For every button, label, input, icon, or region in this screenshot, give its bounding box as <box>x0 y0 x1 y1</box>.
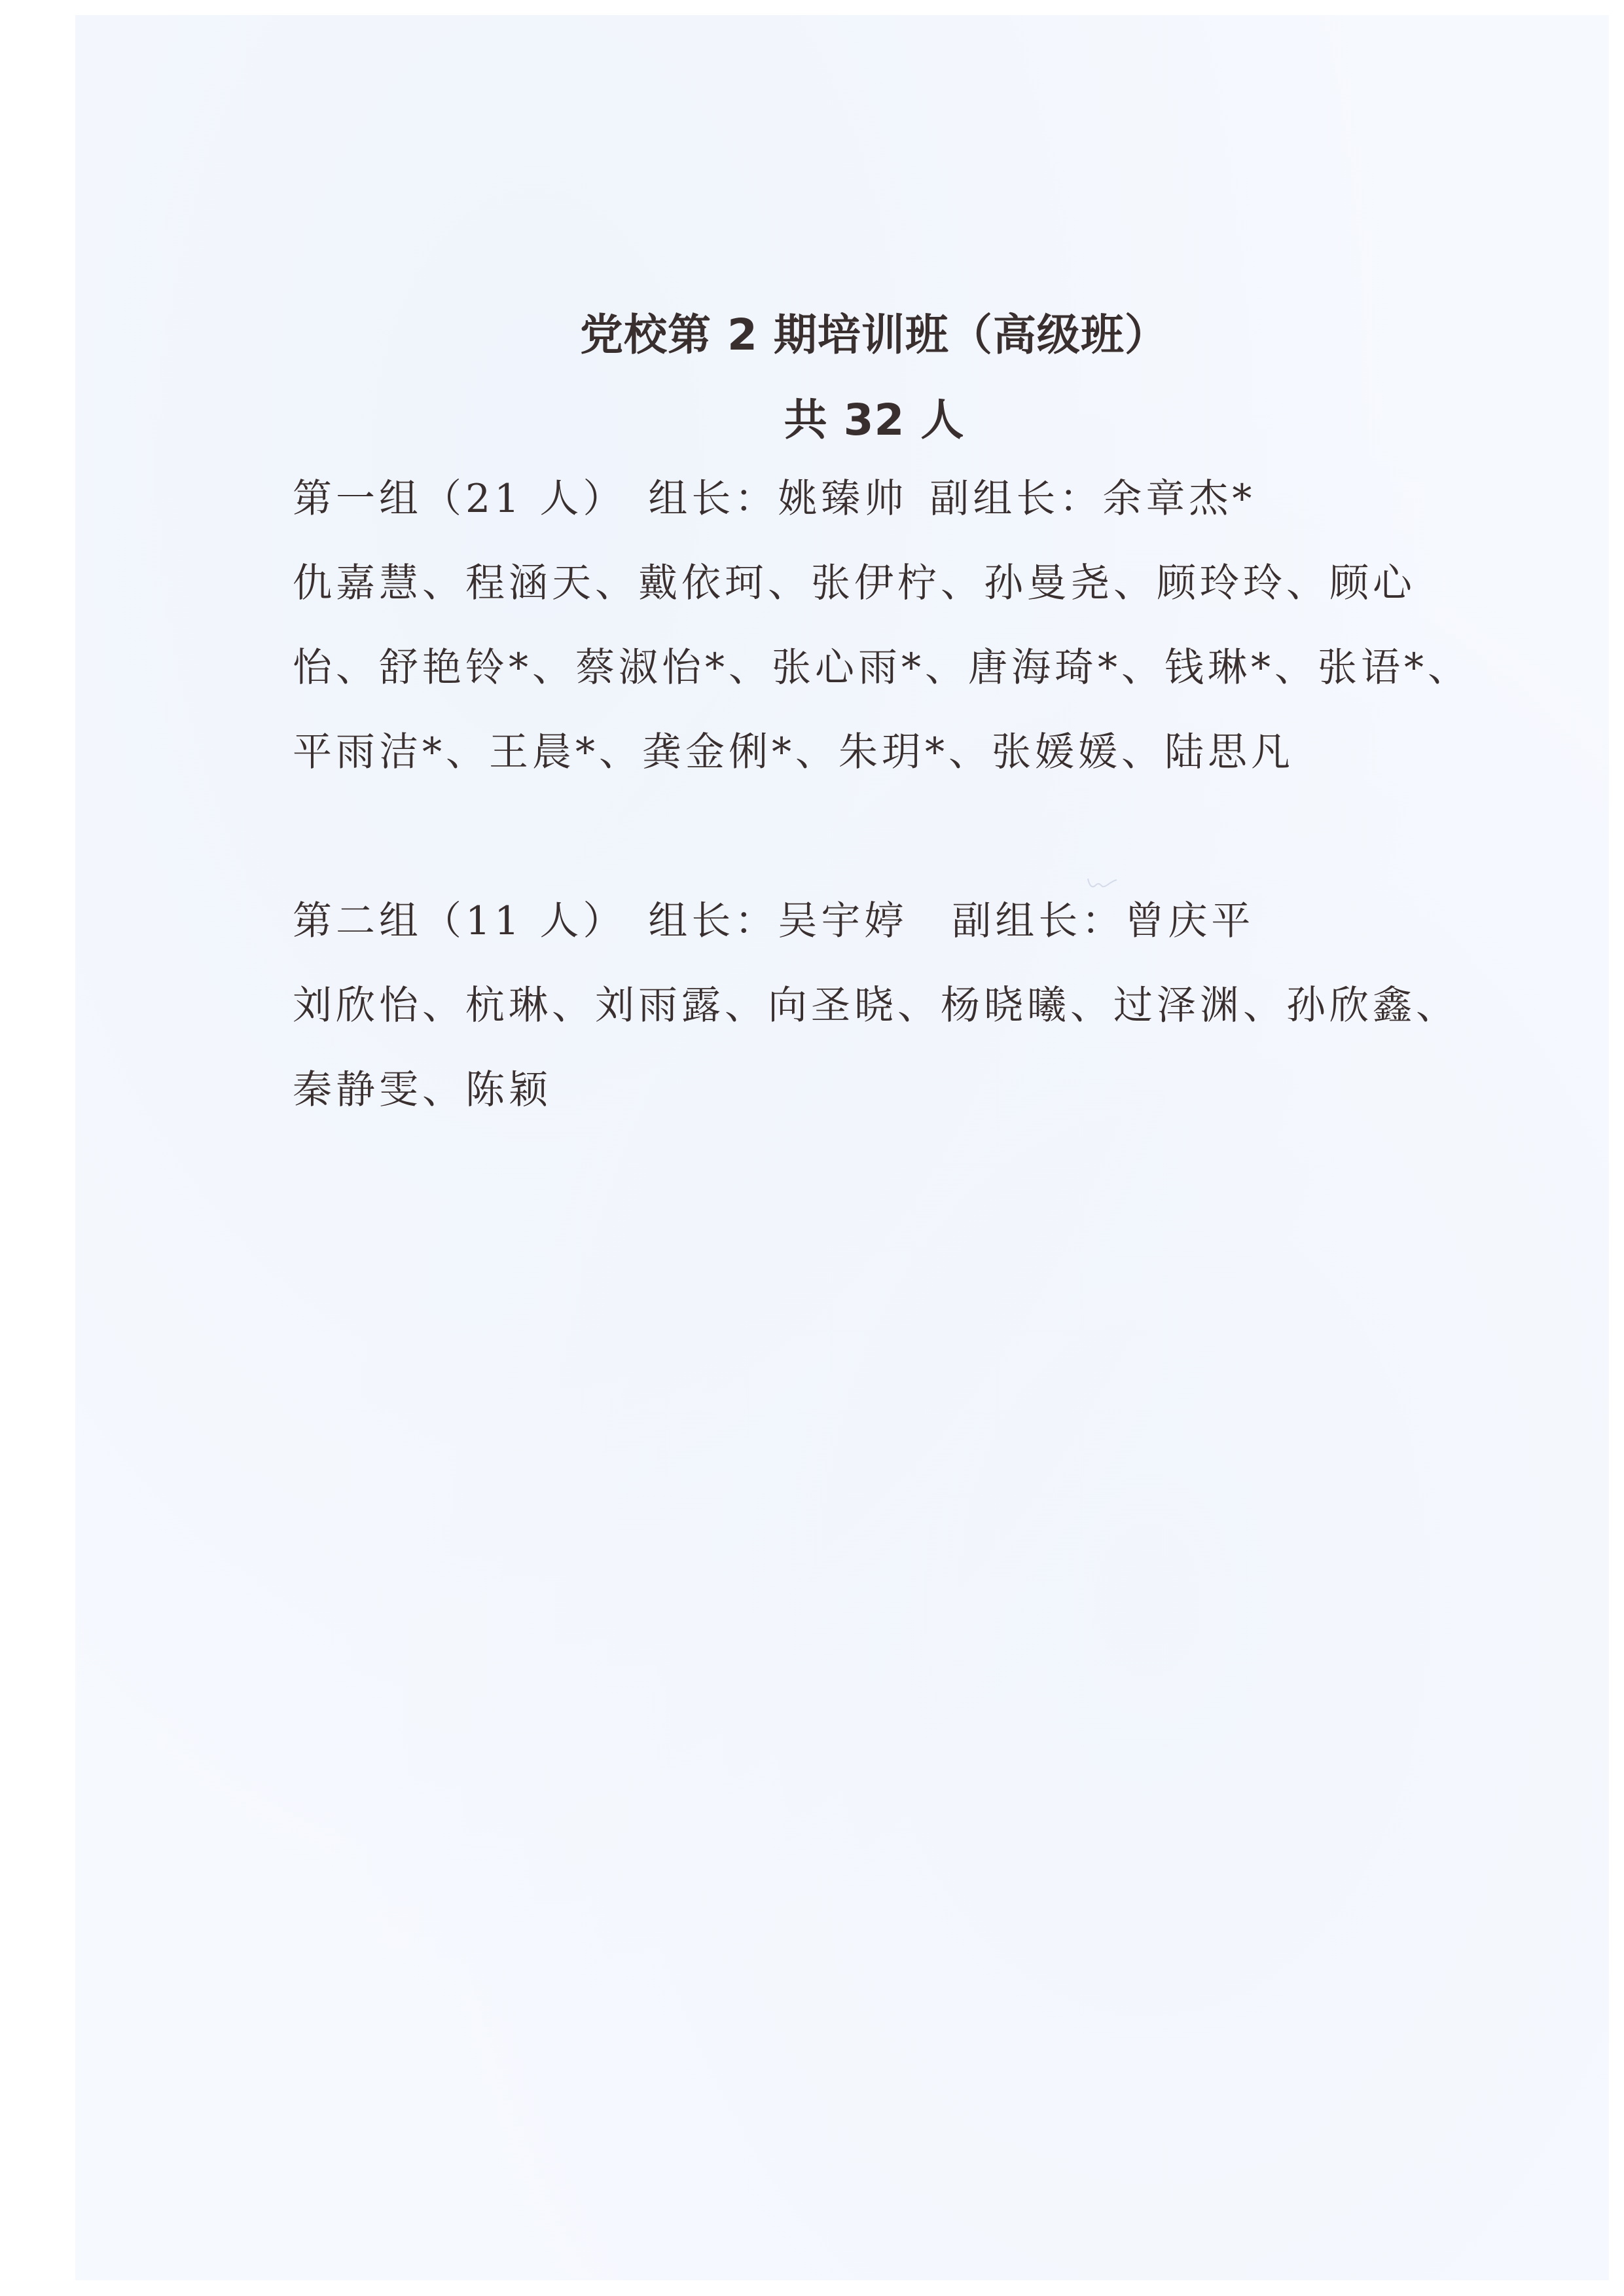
deputy-label: 副组长： <box>952 898 1125 944</box>
leader-label: 组长： <box>648 898 778 944</box>
deputy-name: 余章杰* <box>1102 476 1255 522</box>
leader-label: 组长： <box>648 476 778 522</box>
member-line: 平雨洁*、王晨*、龚金俐*、朱玥*、张媛媛、陆思凡 <box>293 726 1484 811</box>
group-header: 第二组（11 人）组长：吴宇婷副组长：曾庆平 <box>293 895 1484 979</box>
total-count: 共 32 人 <box>62 385 1624 447</box>
group-2: 第二组（11 人）组长：吴宇婷副组长：曾庆平 刘欣怡、杭琳、刘雨露、向圣晓、杨晓… <box>293 895 1484 1148</box>
pen-mark-icon <box>1087 876 1119 890</box>
deputy-name: 曾庆平 <box>1125 898 1254 944</box>
group-1: 第一组（21 人）组长：姚臻帅副组长：余章杰* 仇嘉慧、程涵天、戴依珂、张伊柠、… <box>293 473 1484 811</box>
group-name: 第二组 <box>293 898 422 944</box>
leader-name: 姚臻帅 <box>778 476 907 522</box>
group-name: 第一组 <box>293 476 422 522</box>
member-line: 秦静雯、陈颖 <box>293 1064 1484 1148</box>
member-line: 仇嘉慧、程涵天、戴依珂、张伊柠、孙曼尧、顾玲玲、顾心 <box>293 557 1484 642</box>
group-header: 第一组（21 人）组长：姚臻帅副组长：余章杰* <box>293 473 1484 557</box>
deputy-label: 副组长： <box>929 476 1102 522</box>
member-line: 刘欣怡、杭琳、刘雨露、向圣晓、杨晓曦、过泽渊、孙欣鑫、 <box>293 979 1484 1064</box>
group-count: （21 人） <box>422 476 626 522</box>
group-count: （11 人） <box>422 898 626 944</box>
leader-name: 吴宇婷 <box>778 898 907 944</box>
member-line: 怡、舒艳铃*、蔡淑怡*、张心雨*、唐海琦*、钱琳*、张语*、 <box>293 642 1484 726</box>
document-title: 党校第 2 期培训班（高级班） <box>62 300 1624 362</box>
